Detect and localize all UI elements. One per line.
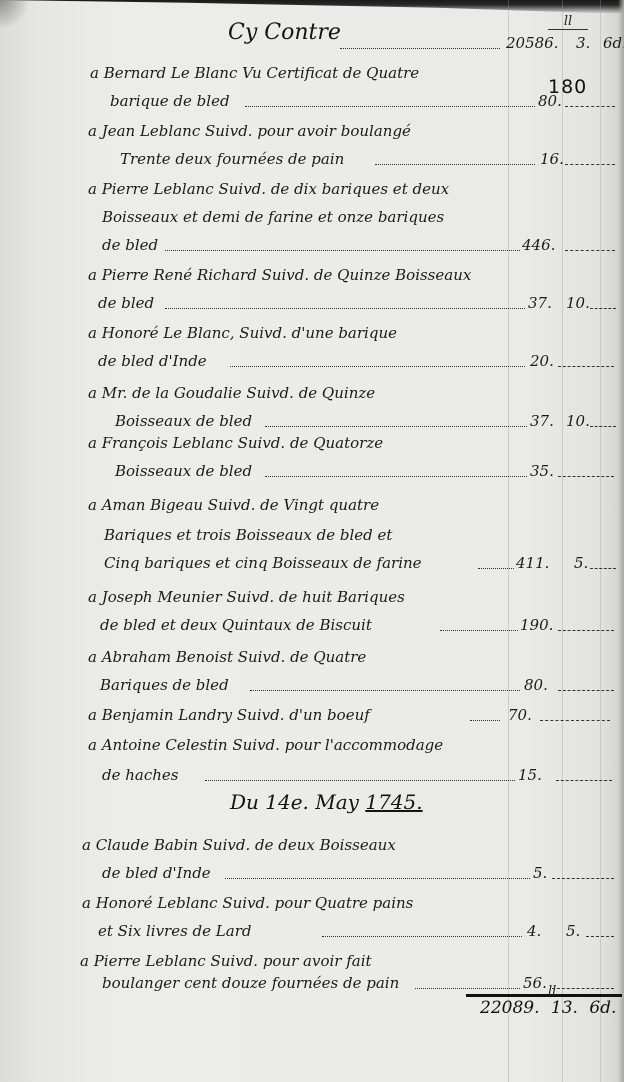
leader-tail — [558, 366, 614, 367]
entry-line: a Honoré Leblanc Suivd. pour Quatre pain… — [0, 890, 624, 916]
leader-dots — [250, 690, 520, 691]
leader-dots — [478, 568, 514, 569]
leader-dots — [205, 780, 515, 781]
carried-forward-line: 20586. 3. 6d. — [0, 30, 624, 56]
amount-livres: 15. — [518, 766, 542, 784]
amount-livres: 37. — [528, 294, 552, 312]
entry-text: a Pierre Leblanc Suivd. de dix bariques … — [88, 180, 449, 198]
entry-text: a Honoré Le Blanc, Suivd. d'une barique — [88, 324, 397, 342]
leader-tail — [565, 106, 615, 107]
entry-text: a Aman Bigeau Suivd. de Vingt quatre — [88, 496, 379, 514]
leader-tail — [565, 164, 615, 165]
leader-dots — [225, 878, 530, 879]
leader-dots — [230, 366, 525, 367]
entry-line: a Claude Babin Suivd. de deux Boisseaux — [0, 832, 624, 858]
leader-tail — [558, 630, 614, 631]
section-date-heading: Du 14e. May 1745. — [230, 790, 423, 814]
entry-line: de bled d'Inde20. — [0, 348, 624, 374]
amount-livres: 37. — [530, 412, 554, 430]
entry-line: de bled et deux Quintaux de Biscuit190. — [0, 612, 624, 638]
entry-text: et Six livres de Lard — [98, 922, 251, 940]
leader-tail — [586, 936, 614, 937]
entry-line: a Joseph Meunier Suivd. de huit Bariques — [0, 584, 624, 610]
entry-text: de haches — [102, 766, 179, 784]
amount-sous: 10. — [566, 412, 590, 430]
ledger-page: Cy Contre 20586. 3. 6d. ll 180 a Bernard… — [0, 0, 624, 1082]
entry-line: Trente deux fournées de pain16. — [0, 146, 624, 172]
leader-tail — [590, 308, 616, 309]
amount-livres: 35. — [530, 462, 554, 480]
entry-line: a Pierre Leblanc Suivd. de dix bariques … — [0, 176, 624, 202]
entry-line: a François Leblanc Suivd. de Quatorze — [0, 430, 624, 456]
page-top-shadow — [0, 0, 624, 14]
entry-line: a Antoine Celestin Suivd. pour l'accommo… — [0, 732, 624, 758]
leader-dots — [245, 106, 535, 107]
entry-text: de bled — [98, 294, 154, 312]
leader-tail — [590, 426, 616, 427]
amount-livres: 20. — [530, 352, 554, 370]
date-prefix: Du 14e. May — [230, 790, 359, 814]
total-sous: 13. — [551, 998, 578, 1018]
leader-dots — [265, 476, 527, 477]
leader-tail — [540, 720, 610, 721]
entry-text: a Bernard Le Blanc Vu Certificat de Quat… — [90, 64, 419, 82]
leader-dots — [340, 48, 500, 49]
entry-text: a Honoré Leblanc Suivd. pour Quatre pain… — [82, 894, 413, 912]
leader-tail — [558, 476, 614, 477]
total-rule — [466, 994, 622, 997]
entry-text: a Abraham Benoist Suivd. de Quatre — [88, 648, 366, 666]
entry-line: Bariques de bled80. — [0, 672, 624, 698]
leader-dots — [440, 630, 518, 631]
entry-text: a Benjamin Landry Suivd. d'un boeuf — [88, 706, 370, 724]
entry-line: de bled446. — [0, 232, 624, 258]
amount-livres: 16. — [540, 150, 564, 168]
entry-text: Cinq bariques et cinq Boisseaux de farin… — [104, 554, 422, 572]
entry-line: Cinq bariques et cinq Boisseaux de farin… — [0, 550, 624, 576]
amount-livres: 190. — [520, 616, 553, 634]
entry-text: de bled et deux Quintaux de Biscuit — [100, 616, 372, 634]
total-livres: 22089. — [480, 998, 539, 1018]
entry-line: a Honoré Le Blanc, Suivd. d'une barique — [0, 320, 624, 346]
leader-tail — [558, 690, 614, 691]
entry-line: barique de bled80. — [0, 88, 624, 114]
entry-line: a Mr. de la Goudalie Suivd. de Quinze — [0, 380, 624, 406]
entry-text: a Claude Babin Suivd. de deux Boisseaux — [82, 836, 396, 854]
corner-shadow — [0, 0, 30, 30]
amount-livres: 5. — [533, 864, 547, 882]
amount-livres: 80. — [524, 676, 548, 694]
entry-text: barique de bled — [110, 92, 230, 110]
entry-text: a Pierre Leblanc Suivd. pour avoir fait — [80, 952, 372, 970]
entry-text: a Joseph Meunier Suivd. de huit Bariques — [88, 588, 405, 606]
total-deniers: 6d. — [589, 998, 616, 1018]
amount-livres: 411. — [516, 554, 549, 572]
entry-text: a François Leblanc Suivd. de Quatorze — [88, 434, 383, 452]
leader-dots — [265, 426, 527, 427]
entry-line: de bled37.10. — [0, 290, 624, 316]
entry-line: de haches15. — [0, 762, 624, 788]
entry-text: a Antoine Celestin Suivd. pour l'accommo… — [88, 736, 443, 754]
total-mark: ll — [548, 984, 556, 999]
leader-dots — [322, 936, 522, 937]
date-year: 1745. — [365, 790, 422, 814]
carried-sous: 3. — [576, 34, 590, 52]
entry-text: Bariques de bled — [100, 676, 229, 694]
entry-line: a Aman Bigeau Suivd. de Vingt quatre — [0, 492, 624, 518]
entry-text: de bled d'Inde — [102, 864, 211, 882]
entry-text: de bled — [102, 236, 158, 254]
amount-livres: 446. — [522, 236, 555, 254]
amount-sous: 5. — [574, 554, 588, 572]
amount-livres: 56. — [523, 974, 547, 992]
entry-text: a Jean Leblanc Suivd. pour avoir boulang… — [88, 122, 411, 140]
entry-line: boulanger cent douze fournées de pain56. — [0, 970, 624, 996]
entry-text: Boisseaux de bled — [115, 462, 252, 480]
leader-tail — [552, 988, 614, 989]
entry-text: Bariques et trois Boisseaux de bled et — [104, 526, 392, 544]
entry-line: a Abraham Benoist Suivd. de Quatre — [0, 644, 624, 670]
leader-tail — [552, 878, 614, 879]
leader-dots — [165, 308, 525, 309]
entry-line: a Bernard Le Blanc Vu Certificat de Quat… — [0, 60, 624, 86]
page-total: 22089. 13. 6d. — [480, 998, 616, 1018]
entry-line: a Benjamin Landry Suivd. d'un boeuf70. — [0, 702, 624, 728]
carried-deniers: 6d. — [603, 34, 624, 52]
leader-dots — [375, 164, 535, 165]
entry-text: a Pierre René Richard Suivd. de Quinze B… — [88, 266, 471, 284]
amount-livres: 80. — [538, 92, 562, 110]
amount-sous: 5. — [566, 922, 580, 940]
leader-dots — [165, 250, 520, 251]
entry-line: a Jean Leblanc Suivd. pour avoir boulang… — [0, 118, 624, 144]
leader-tail — [590, 568, 616, 569]
leader-dots — [415, 988, 520, 989]
carried-livres: 20586. — [506, 34, 559, 52]
amount-livres: 4. — [527, 922, 541, 940]
entry-line: Bariques et trois Boisseaux de bled et — [0, 522, 624, 548]
amount-sous: 10. — [566, 294, 590, 312]
entry-line: de bled d'Inde5. — [0, 860, 624, 886]
entry-text: Boisseaux de bled — [115, 412, 252, 430]
entry-text: de bled d'Inde — [98, 352, 207, 370]
entry-text: boulanger cent douze fournées de pain — [102, 974, 399, 992]
leader-tail — [556, 780, 612, 781]
entry-text: a Mr. de la Goudalie Suivd. de Quinze — [88, 384, 375, 402]
entry-text: Trente deux fournées de pain — [120, 150, 344, 168]
entry-line: et Six livres de Lard4.5. — [0, 918, 624, 944]
leader-dots — [470, 720, 500, 721]
entry-text: Boisseaux et demi de farine et onze bari… — [102, 208, 444, 226]
amount-livres: 70. — [508, 706, 532, 724]
entry-line: a Pierre René Richard Suivd. de Quinze B… — [0, 262, 624, 288]
top-mark: ll — [548, 14, 588, 30]
entry-line: Boisseaux de bled35. — [0, 458, 624, 484]
leader-tail — [565, 250, 615, 251]
entry-line: Boisseaux et demi de farine et onze bari… — [0, 204, 624, 230]
